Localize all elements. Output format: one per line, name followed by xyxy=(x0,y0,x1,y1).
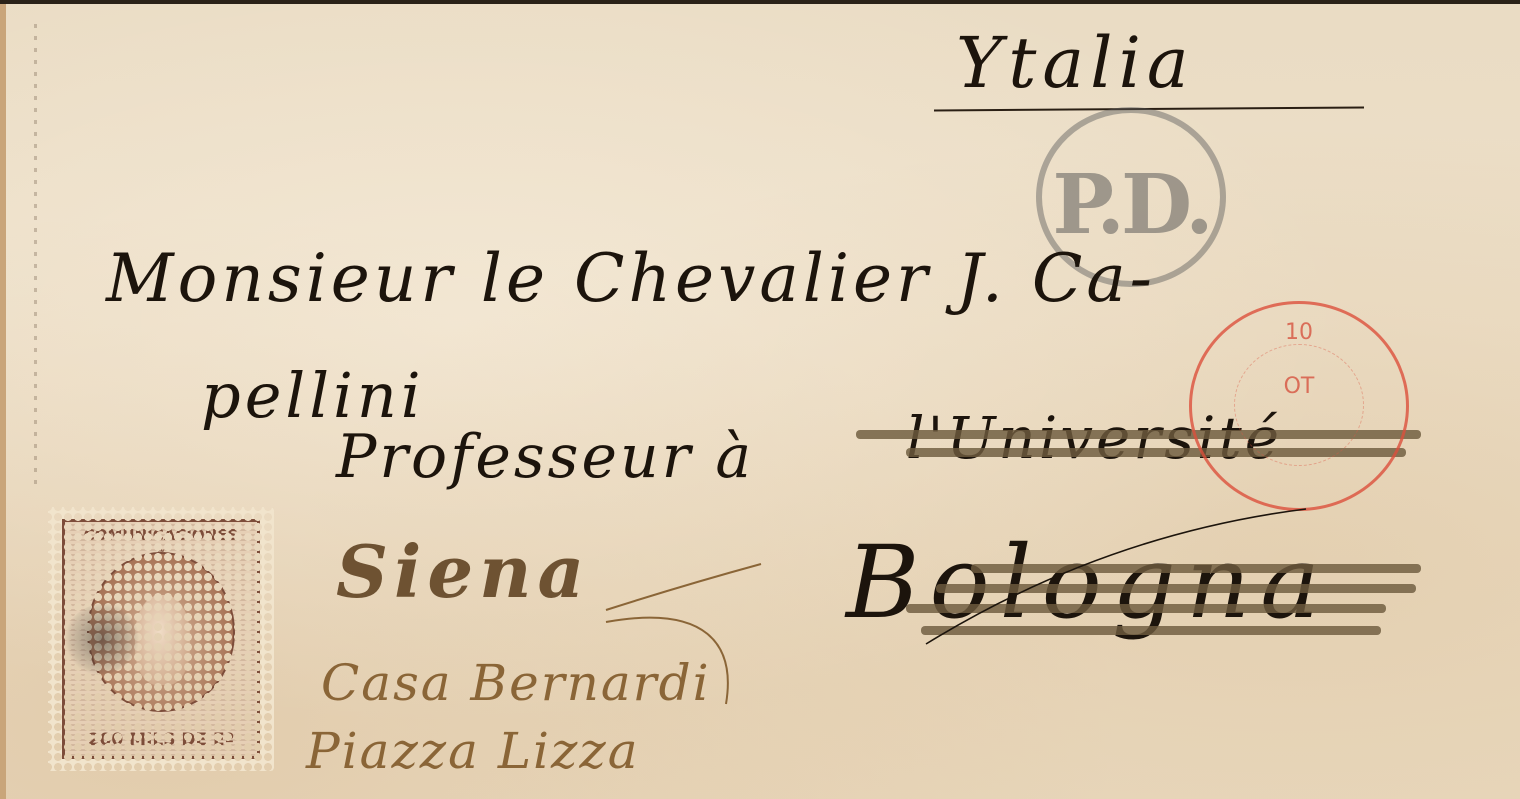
redirect-city: Siena xyxy=(336,529,590,614)
address-line-3-prefix: Professeur à xyxy=(336,422,754,492)
stamp-value-text: 200 MILS DE Eº xyxy=(65,730,257,750)
pd-postmark-text: P.D. xyxy=(1042,157,1220,253)
fold-perforation xyxy=(34,24,37,484)
address-line-1: Monsieur le Chevalier J. Ca- xyxy=(106,240,1156,317)
strikethrough xyxy=(921,626,1381,635)
envelope: Ytalia P.D. Monsieur le Chevalier J. Ca-… xyxy=(0,4,1520,799)
strikethrough xyxy=(936,584,1416,593)
redirect-line-1: Casa Bernardi xyxy=(321,654,711,712)
portrait-icon xyxy=(135,595,190,685)
red-postmark-month: OT xyxy=(1192,374,1406,399)
stamp-top-text: COMUNICACIONES xyxy=(65,526,257,544)
red-date-postmark: 10 OT xyxy=(1189,301,1409,511)
struck-city: Bologna xyxy=(846,524,1330,641)
destination-country: Ytalia xyxy=(956,22,1195,104)
redirect-line-2: Piazza Lizza xyxy=(306,722,640,780)
red-postmark-inner-ring xyxy=(1234,344,1364,466)
red-postmark-day: 10 xyxy=(1192,320,1406,345)
strikethrough xyxy=(971,564,1421,573)
strikethrough xyxy=(906,604,1386,613)
